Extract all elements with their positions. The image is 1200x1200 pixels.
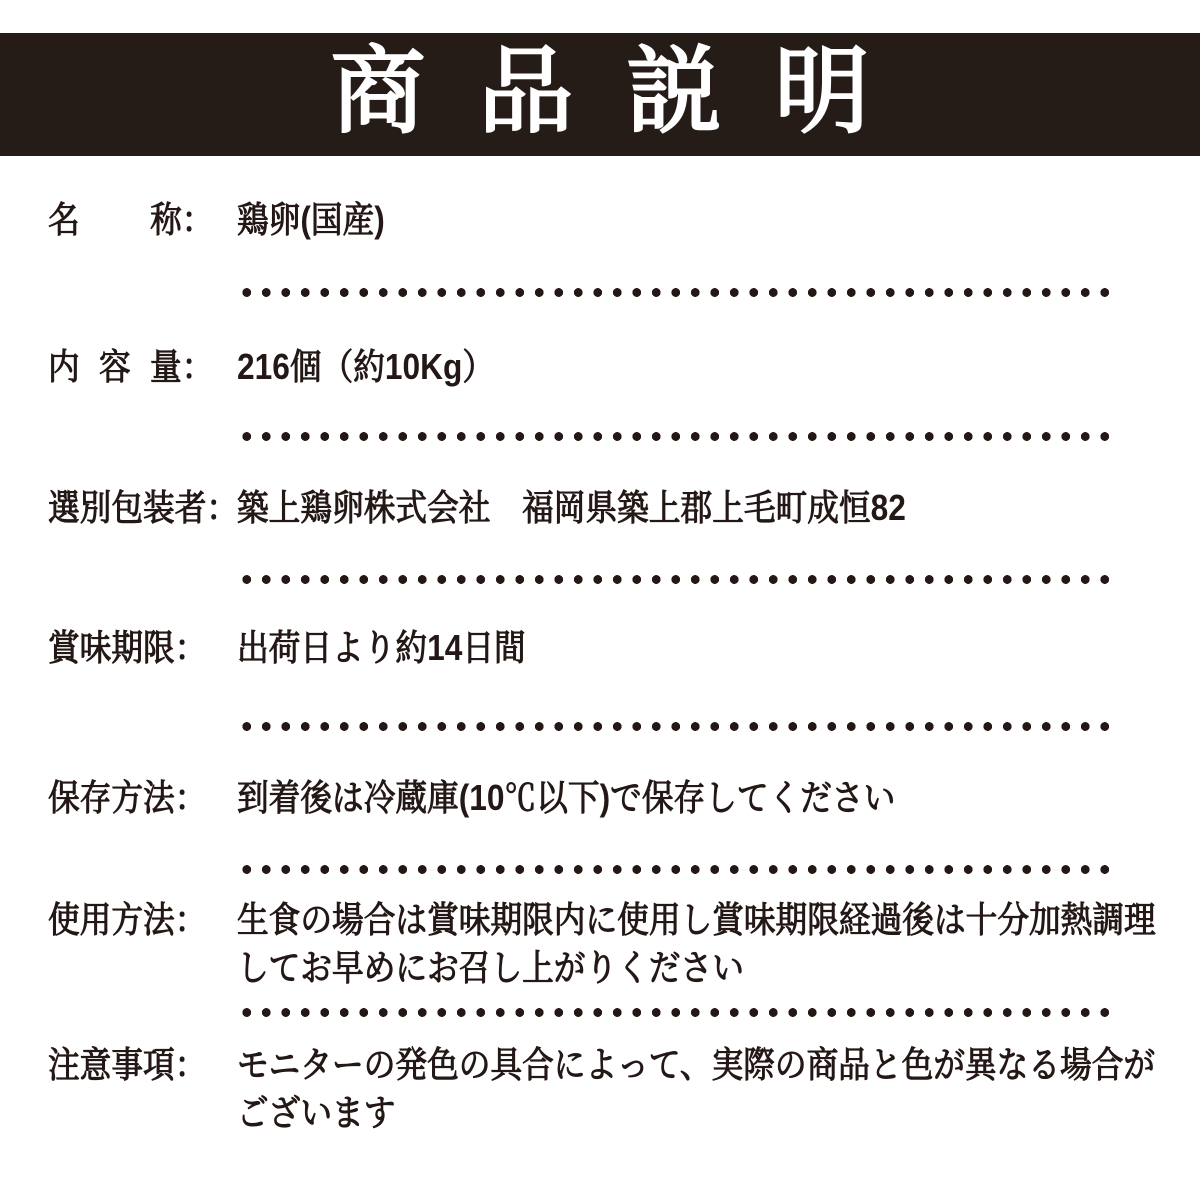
dotted-divider <box>237 288 1114 297</box>
row-label-part: 量： <box>150 343 213 391</box>
row-label: 保存方法： <box>48 774 228 822</box>
row-value: 生食の場合は賞味期限内に使用し賞味期限経過後は十分加熱調理 してお早めにお召し上… <box>237 896 1200 992</box>
row-label-part: 容 <box>99 343 131 391</box>
row-label: 選別包装者： <box>48 484 264 532</box>
row-value: 鶏卵(国産) <box>237 196 405 244</box>
dotted-divider <box>237 432 1114 441</box>
row-label: 賞味期限： <box>48 624 228 672</box>
row-label: 使用方法： <box>48 896 228 944</box>
row-value: モニターの発色の具合によって、実際の商品と色が異なる場合が ございます <box>237 1041 1200 1137</box>
row-value: 出荷日より約14日間 <box>237 624 565 672</box>
row-value: 216個（約10Kg） <box>237 343 529 391</box>
row-label: 注意事項： <box>48 1041 228 1089</box>
row-label: 内 容 量： <box>48 343 236 391</box>
dotted-divider <box>237 865 1114 874</box>
row-value: 築上鶏卵株式会社 福岡県築上郡上毛町成恒82 <box>237 484 997 532</box>
dotted-divider <box>237 575 1114 584</box>
row-label-part: 名 <box>48 196 80 244</box>
row-label: 名 称： <box>48 196 236 244</box>
title-bar: 商品説明 <box>0 33 1200 156</box>
row-label-part: 内 <box>48 343 80 391</box>
page-title: 商品説明 <box>277 45 922 144</box>
product-description-panel: 商品説明 名 称： 鶏卵(国産) 内 容 量： 216個（約10Kg） <box>0 0 1200 1200</box>
dotted-divider <box>237 1008 1114 1017</box>
row-label-part: 称： <box>150 196 213 244</box>
dotted-divider <box>237 722 1114 731</box>
row-value: 到着後は冷蔵庫(10℃以下)で保存してください <box>237 774 985 822</box>
